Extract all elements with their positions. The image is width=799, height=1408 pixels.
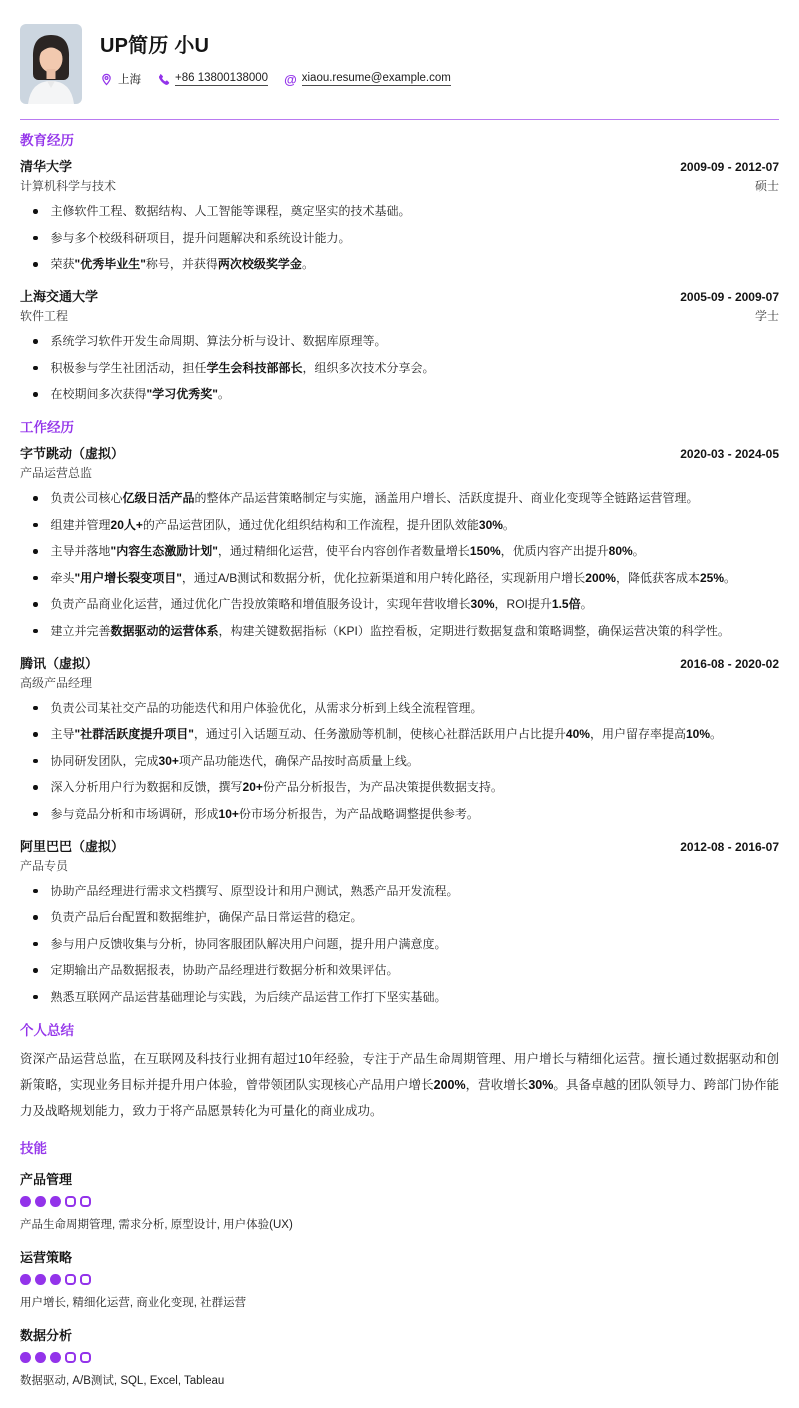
bullet-item: 牵头"用户增长裂变项目"，通过A/B测试和数据分析，优化拉新渠道和用户转化路径，… <box>33 570 779 587</box>
org-name: 阿里巴巴（虚拟） <box>20 836 124 855</box>
bullet-marker <box>33 392 38 397</box>
bullet-item: 参与多个校级科研项目，提升问题解决和系统设计能力。 <box>33 230 779 247</box>
location-item: 上海 <box>100 71 141 87</box>
bullet-list: 主修软件工程、数据结构、人工智能等课程，奠定坚实的技术基础。参与多个校级科研项目… <box>20 203 779 273</box>
bold-text: 30% <box>479 518 503 532</box>
bold-text: 20+ <box>243 780 263 794</box>
bullet-text: 主修软件工程、数据结构、人工智能等课程，奠定坚实的技术基础。 <box>51 203 411 220</box>
bold-text: 150% <box>470 544 501 558</box>
date-range: 2016-08 - 2020-02 <box>680 657 779 671</box>
bullet-marker <box>33 236 38 241</box>
bold-text: 30% <box>471 597 495 611</box>
bullet-text: 负责产品后台配置和数据维护，确保产品日常运营的稳定。 <box>51 909 363 926</box>
bullet-item: 协同研发团队，完成30+项产品功能迭代，确保产品按时高质量上线。 <box>33 753 779 770</box>
bullet-marker <box>33 576 38 581</box>
experience-entry: 阿里巴巴（虚拟）2012-08 - 2016-07产品专员协助产品经理进行需求文… <box>20 836 779 1006</box>
bullet-text: 参与用户反馈收集与分析，协同客服团队解决用户问题，提升用户满意度。 <box>51 936 447 953</box>
bold-text: 两次校级奖学金 <box>218 257 302 271</box>
bullet-text: 负责公司某社交产品的功能迭代和用户体验优化，从需求分析到上线全流程管理。 <box>51 700 483 717</box>
entry-subheader: 计算机科学与技术硕士 <box>20 177 779 194</box>
bullet-marker <box>33 889 38 894</box>
experience-entry: 字节跳动（虚拟）2020-03 - 2024-05产品运营总监负责公司核心亿级日… <box>20 443 779 640</box>
bullet-item: 负责产品后台配置和数据维护，确保产品日常运营的稳定。 <box>33 909 779 926</box>
org-name: 腾讯（虚拟） <box>20 653 98 672</box>
bold-text: 亿级日活产品 <box>123 491 195 505</box>
bullet-marker <box>33 759 38 764</box>
date-range: 2020-03 - 2024-05 <box>680 447 779 461</box>
bullet-item: 荣获"优秀毕业生"称号，并获得两次校级奖学金。 <box>33 256 779 273</box>
bold-text: 80% <box>609 544 633 558</box>
degree-label: 学士 <box>755 307 779 324</box>
bullet-item: 建立并完善数据驱动的运营体系，构建关键数据指标（KPI）监控看板，定期进行数据复… <box>33 623 779 640</box>
bullet-list: 协助产品经理进行需求文档撰写、原型设计和用户测试，熟悉产品开发流程。负责产品后台… <box>20 883 779 1006</box>
bullet-item: 参与用户反馈收集与分析，协同客服团队解决用户问题，提升用户满意度。 <box>33 936 779 953</box>
bold-text: 200% <box>585 571 616 585</box>
bullet-text: 参与竞品分析和市场调研，形成10+份市场分析报告，为产品战略调整提供参考。 <box>51 806 479 823</box>
bullet-text: 深入分析用户行为数据和反馈，撰写20+份产品分析报告，为产品决策提供数据支持。 <box>51 779 503 796</box>
bold-text: "学习优秀奖" <box>147 387 218 401</box>
skill-block: 运营策略用户增长, 精细化运营, 商业化变现, 社群运营 <box>20 1247 779 1310</box>
bold-text: 10% <box>686 727 710 741</box>
entry-header: 上海交通大学2005-09 - 2009-07 <box>20 286 779 305</box>
bold-text: 20人+ <box>111 518 143 532</box>
level-dot-filled <box>50 1274 61 1285</box>
level-dot-empty <box>80 1274 91 1285</box>
bold-text: 学生会科技部部长 <box>207 361 303 375</box>
role-title: 软件工程 <box>20 307 68 324</box>
email-text: xiaou.resume@example.com <box>302 72 451 86</box>
bullet-list: 系统学习软件开发生命周期、算法分析与设计、数据库原理等。积极参与学生社团活动，担… <box>20 333 779 403</box>
level-dot-empty <box>65 1274 76 1285</box>
bullet-marker <box>33 812 38 817</box>
bullet-text: 建立并完善数据驱动的运营体系，构建关键数据指标（KPI）监控看板，定期进行数据复… <box>51 623 730 640</box>
bullet-text: 主导"社群活跃度提升项目"，通过引入话题互动、任务激励等机制，使核心社群活跃用户… <box>51 726 723 743</box>
bold-text: 10+ <box>219 807 239 821</box>
bullet-text: 系统学习软件开发生命周期、算法分析与设计、数据库原理等。 <box>51 333 387 350</box>
level-dot-filled <box>20 1196 31 1207</box>
degree-label: 硕士 <box>755 177 779 194</box>
section-work: 工作经历字节跳动（虚拟）2020-03 - 2024-05产品运营总监负责公司核… <box>20 416 779 1006</box>
org-name: 上海交通大学 <box>20 286 98 305</box>
bullet-marker <box>33 209 38 214</box>
bullet-item: 主导并落地"内容生态激励计划"，通过精细化运营，使平台内容创作者数量增长150%… <box>33 543 779 560</box>
level-dot-empty <box>65 1196 76 1207</box>
bullet-list: 负责公司核心亿级日活产品的整体产品运营策略制定与实施，涵盖用户增长、活跃度提升、… <box>20 490 779 640</box>
entry-header: 清华大学2009-09 - 2012-07 <box>20 156 779 175</box>
skill-keywords: 产品生命周期管理, 需求分析, 原型设计, 用户体验(UX) <box>20 1216 779 1232</box>
bullet-text: 负责公司核心亿级日活产品的整体产品运营策略制定与实施，涵盖用户增长、活跃度提升、… <box>51 490 699 507</box>
bullet-item: 熟悉互联网产品运营基础理论与实践，为后续产品运营工作打下坚实基础。 <box>33 989 779 1006</box>
summary-text: 资深产品运营总监，在互联网及科技行业拥有超过10年经验，专注于产品生命周期管理、… <box>20 1046 779 1124</box>
date-range: 2012-08 - 2016-07 <box>680 840 779 854</box>
bullet-text: 协助产品经理进行需求文档撰写、原型设计和用户测试，熟悉产品开发流程。 <box>51 883 459 900</box>
skill-name: 数据分析 <box>20 1325 779 1344</box>
bold-text: 30% <box>528 1078 553 1092</box>
bullet-text: 组建并管理20人+的产品运营团队，通过优化组织结构和工作流程，提升团队效能30%… <box>51 517 515 534</box>
bullet-text: 协同研发团队，完成30+项产品功能迭代，确保产品按时高质量上线。 <box>51 753 419 770</box>
bullet-marker <box>33 785 38 790</box>
section-title: 教育经历 <box>20 129 779 149</box>
candidate-name: UP简历 小U <box>100 29 451 58</box>
level-dot-filled <box>35 1352 46 1363</box>
at-icon: @ <box>284 73 297 86</box>
bullet-text: 参与多个校级科研项目，提升问题解决和系统设计能力。 <box>51 230 351 247</box>
level-dot-filled <box>50 1196 61 1207</box>
role-title: 产品专员 <box>20 857 68 874</box>
contact-row: 上海 +86 13800138000 @ xiaou.resume@exampl… <box>100 71 451 87</box>
email-item[interactable]: @ xiaou.resume@example.com <box>284 72 451 86</box>
entry-subheader: 产品运营总监 <box>20 464 779 481</box>
bullet-item: 定期输出产品数据报表，协助产品经理进行数据分析和效果评估。 <box>33 962 779 979</box>
role-title: 高级产品经理 <box>20 674 92 691</box>
bold-text: 40% <box>566 727 590 741</box>
level-dot-filled <box>35 1274 46 1285</box>
resume-page: UP简历 小U 上海 +86 13800138000 @ xiaou.res <box>0 0 799 1408</box>
section-title: 个人总结 <box>20 1019 779 1039</box>
bullet-list: 负责公司某社交产品的功能迭代和用户体验优化，从需求分析到上线全流程管理。主导"社… <box>20 700 779 823</box>
bullet-item: 负责产品商业化运营，通过优化广告投放策略和增值服务设计，实现年营收增长30%，R… <box>33 596 779 613</box>
skill-keywords: 数据驱动, A/B测试, SQL, Excel, Tableau <box>20 1372 779 1388</box>
bullet-marker <box>33 523 38 528</box>
bold-text: "社群活跃度提升项目" <box>75 727 194 741</box>
skill-block: 产品管理产品生命周期管理, 需求分析, 原型设计, 用户体验(UX) <box>20 1169 779 1232</box>
location-text: 上海 <box>118 71 141 87</box>
header-text: UP简历 小U 上海 +86 13800138000 @ xiaou.res <box>100 24 451 87</box>
skill-level <box>20 1196 779 1207</box>
skill-keywords: 用户增长, 精细化运营, 商业化变现, 社群运营 <box>20 1294 779 1310</box>
bullet-marker <box>33 629 38 634</box>
bullet-item: 深入分析用户行为数据和反馈，撰写20+份产品分析报告，为产品决策提供数据支持。 <box>33 779 779 796</box>
skill-level <box>20 1274 779 1285</box>
bold-text: 1.5倍 <box>552 597 581 611</box>
bullet-item: 参与竞品分析和市场调研，形成10+份市场分析报告，为产品战略调整提供参考。 <box>33 806 779 823</box>
location-icon <box>100 73 113 86</box>
bold-text: "用户增长裂变项目" <box>75 571 182 585</box>
entry-subheader: 产品专员 <box>20 857 779 874</box>
resume-header: UP简历 小U 上海 +86 13800138000 @ xiaou.res <box>20 24 779 104</box>
entry-header: 腾讯（虚拟）2016-08 - 2020-02 <box>20 653 779 672</box>
section-summary: 个人总结资深产品运营总监，在互联网及科技行业拥有超过10年经验，专注于产品生命周… <box>20 1019 779 1124</box>
bullet-item: 协助产品经理进行需求文档撰写、原型设计和用户测试，熟悉产品开发流程。 <box>33 883 779 900</box>
bullet-marker <box>33 706 38 711</box>
experience-entry: 上海交通大学2005-09 - 2009-07软件工程学士系统学习软件开发生命周… <box>20 286 779 403</box>
skill-name: 运营策略 <box>20 1247 779 1266</box>
section-skills: 技能产品管理产品生命周期管理, 需求分析, 原型设计, 用户体验(UX)运营策略… <box>20 1137 779 1388</box>
bullet-text: 主导并落地"内容生态激励计划"，通过精细化运营，使平台内容创作者数量增长150%… <box>51 543 645 560</box>
section-title: 技能 <box>20 1137 779 1157</box>
bullet-marker <box>33 602 38 607</box>
bullet-item: 主修软件工程、数据结构、人工智能等课程，奠定坚实的技术基础。 <box>33 203 779 220</box>
bold-text: 30+ <box>159 754 179 768</box>
bullet-text: 牵头"用户增长裂变项目"，通过A/B测试和数据分析，优化拉新渠道和用户转化路径，… <box>51 570 737 587</box>
bullet-marker <box>33 549 38 554</box>
section-title: 工作经历 <box>20 416 779 436</box>
bullet-marker <box>33 732 38 737</box>
section-education: 教育经历清华大学2009-09 - 2012-07计算机科学与技术硕士主修软件工… <box>20 129 779 403</box>
role-title: 产品运营总监 <box>20 464 92 481</box>
level-dot-filled <box>20 1352 31 1363</box>
level-dot-filled <box>20 1274 31 1285</box>
bullet-marker <box>33 968 38 973</box>
profile-photo <box>20 24 82 104</box>
bullet-item: 积极参与学生社团活动，担任学生会科技部部长，组织多次技术分享会。 <box>33 360 779 377</box>
bullet-item: 组建并管理20人+的产品运营团队，通过优化组织结构和工作流程，提升团队效能30%… <box>33 517 779 534</box>
bullet-item: 在校期间多次获得"学习优秀奖"。 <box>33 386 779 403</box>
bold-text: 200% <box>434 1078 466 1092</box>
org-name: 字节跳动（虚拟） <box>20 443 124 462</box>
bullet-text: 熟悉互联网产品运营基础理论与实践，为后续产品运营工作打下坚实基础。 <box>51 989 447 1006</box>
phone-icon <box>157 73 170 86</box>
entry-header: 阿里巴巴（虚拟）2012-08 - 2016-07 <box>20 836 779 855</box>
experience-entry: 腾讯（虚拟）2016-08 - 2020-02高级产品经理负责公司某社交产品的功… <box>20 653 779 823</box>
org-name: 清华大学 <box>20 156 72 175</box>
skill-level <box>20 1352 779 1363</box>
bullet-item: 负责公司核心亿级日活产品的整体产品运营策略制定与实施，涵盖用户增长、活跃度提升、… <box>33 490 779 507</box>
bullet-item: 负责公司某社交产品的功能迭代和用户体验优化，从需求分析到上线全流程管理。 <box>33 700 779 717</box>
bullet-marker <box>33 262 38 267</box>
date-range: 2005-09 - 2009-07 <box>680 290 779 304</box>
header-divider <box>20 119 779 120</box>
bullet-text: 积极参与学生社团活动，担任学生会科技部部长，组织多次技术分享会。 <box>51 360 435 377</box>
entry-subheader: 软件工程学士 <box>20 307 779 324</box>
bullet-marker <box>33 366 38 371</box>
skill-block: 数据分析数据驱动, A/B测试, SQL, Excel, Tableau <box>20 1325 779 1388</box>
bullet-text: 在校期间多次获得"学习优秀奖"。 <box>51 386 230 403</box>
bullet-marker <box>33 496 38 501</box>
bullet-text: 负责产品商业化运营，通过优化广告投放策略和增值服务设计，实现年营收增长30%，R… <box>51 596 593 613</box>
entry-subheader: 高级产品经理 <box>20 674 779 691</box>
bold-text: 数据驱动的运营体系 <box>111 624 219 638</box>
bullet-item: 系统学习软件开发生命周期、算法分析与设计、数据库原理等。 <box>33 333 779 350</box>
experience-entry: 清华大学2009-09 - 2012-07计算机科学与技术硕士主修软件工程、数据… <box>20 156 779 273</box>
level-dot-filled <box>35 1196 46 1207</box>
bullet-item: 主导"社群活跃度提升项目"，通过引入话题互动、任务激励等机制，使核心社群活跃用户… <box>33 726 779 743</box>
bold-text: "优秀毕业生" <box>75 257 146 271</box>
entry-header: 字节跳动（虚拟）2020-03 - 2024-05 <box>20 443 779 462</box>
profile-photo-image <box>20 24 82 104</box>
bold-text: 25% <box>700 571 724 585</box>
phone-item[interactable]: +86 13800138000 <box>157 72 268 86</box>
level-dot-empty <box>80 1196 91 1207</box>
bold-text: "内容生态激励计划" <box>111 544 218 558</box>
level-dot-empty <box>65 1352 76 1363</box>
bullet-text: 荣获"优秀毕业生"称号，并获得两次校级奖学金。 <box>51 256 314 273</box>
bullet-marker <box>33 942 38 947</box>
bullet-marker <box>33 339 38 344</box>
phone-text: +86 13800138000 <box>175 72 268 86</box>
skill-name: 产品管理 <box>20 1169 779 1188</box>
date-range: 2009-09 - 2012-07 <box>680 160 779 174</box>
role-title: 计算机科学与技术 <box>20 177 116 194</box>
resume-body: 教育经历清华大学2009-09 - 2012-07计算机科学与技术硕士主修软件工… <box>20 129 779 1388</box>
bullet-marker <box>33 915 38 920</box>
bullet-text: 定期输出产品数据报表，协助产品经理进行数据分析和效果评估。 <box>51 962 399 979</box>
level-dot-empty <box>80 1352 91 1363</box>
bullet-marker <box>33 995 38 1000</box>
level-dot-filled <box>50 1352 61 1363</box>
